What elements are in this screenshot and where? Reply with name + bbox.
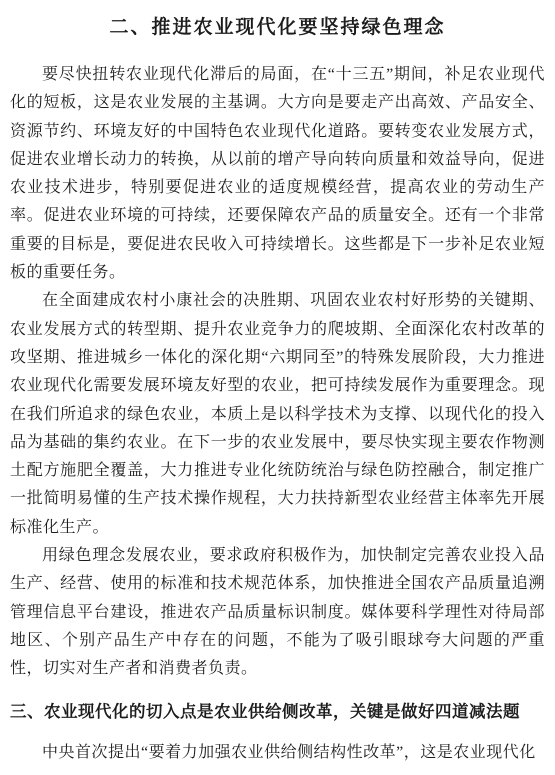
section-2-paragraph-3: 用绿色理念发展农业，要求政府积极作为，加快制定完善农业投入品生产、经营、使用的标…: [10, 542, 545, 683]
section-2-paragraph-1: 要尽快扭转农业现代化滞后的局面，在“十三五”期间，补足农业现代化的短板，这是农业…: [10, 61, 545, 287]
section-2-heading: 二、推进农业现代化要坚持绿色理念: [10, 14, 545, 42]
section-2-paragraph-2: 在全面建成农村小康社会的决胜期、巩固农业农村好形势的关键期、农业发展方式的转型期…: [10, 287, 545, 542]
section-3-heading: 三、农业现代化的切入点是农业供给侧改革，关键是做好四道减法题: [10, 698, 545, 726]
section-3-paragraph-1: 中央首次提出“要着力加强农业供给侧结构性改革”，这是农业现代化: [10, 739, 545, 767]
document-page: 二、推进农业现代化要坚持绿色理念 要尽快扭转农业现代化滞后的局面，在“十三五”期…: [0, 0, 555, 775]
